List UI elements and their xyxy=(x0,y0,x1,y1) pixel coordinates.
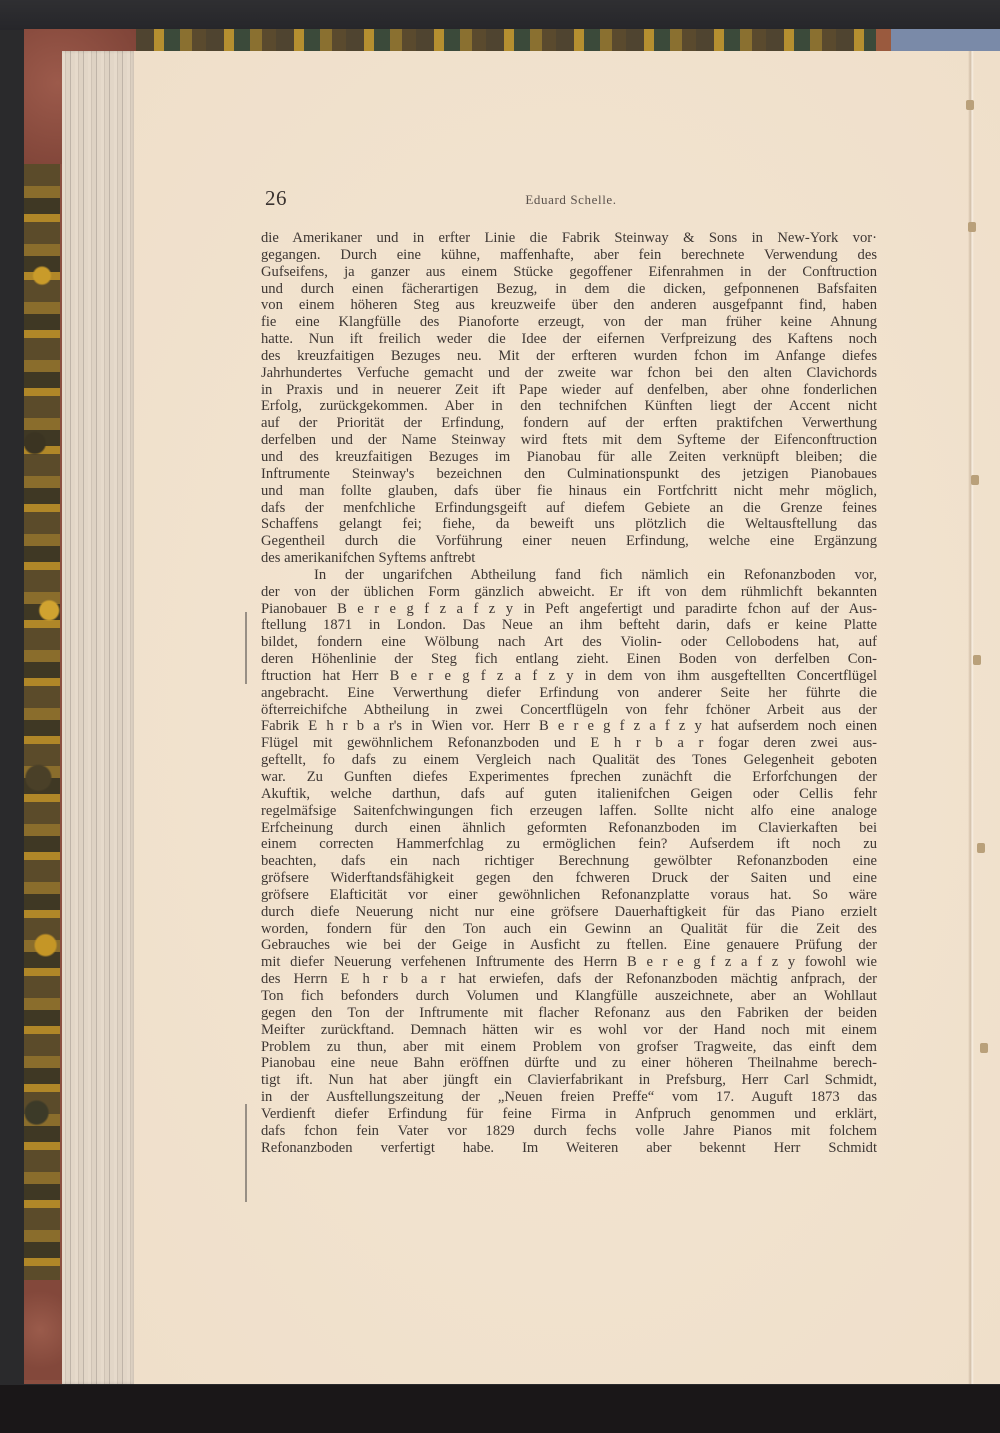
text-line: gröfsere Widerftandsfähigkeit gegen den … xyxy=(261,870,877,887)
binding-stitch xyxy=(966,100,974,110)
text-line: die Amerikaner und in erfter Linie die F… xyxy=(261,230,877,247)
text-line: auf der Priorität der Erfindung, fondern… xyxy=(261,415,877,432)
running-head: 26 Eduard Schelle. xyxy=(265,186,877,212)
text-line: gegangen. Durch eine kühne, maffenhafte,… xyxy=(261,247,877,264)
text-line: Gufseifens, ja ganzer aus einem Stücke g… xyxy=(261,264,877,281)
text-line: dafs fchon fein Vater vor 1829 durch fec… xyxy=(261,1123,877,1140)
text-line: und des kreuzfaitigen Bezuges im Pianoba… xyxy=(261,449,877,466)
text-line: angebracht. Eine Verwerthung diefer Erfi… xyxy=(261,685,877,702)
text-line: Inftrumente Steinway's bezeichnen den Cu… xyxy=(261,466,877,483)
text-line: Fabrik E h r b a r's in Wien vor. Herr B… xyxy=(261,718,877,735)
scan-background-top xyxy=(0,0,1000,30)
binding-stitch xyxy=(973,655,981,665)
cover-marbled-paper-top xyxy=(136,29,876,51)
text-line: Erfcheinung durch einen ähnlich geformte… xyxy=(261,820,877,837)
text-line: Gebrauches wie bei der Geige in Ausficht… xyxy=(261,937,877,954)
binding-stitch xyxy=(971,475,979,485)
page-gutter-fold xyxy=(968,51,974,1384)
pencil-margin-mark xyxy=(245,612,247,684)
text-line: Jahrhundertes Verfuche gemacht und der z… xyxy=(261,365,877,382)
text-line: Verdienft diefer Erfindung für feine Fir… xyxy=(261,1106,877,1123)
spine-headband xyxy=(876,29,1000,53)
scan-background-bottom xyxy=(0,1385,1000,1433)
text-line: und man follte glauben, dafs über fie hi… xyxy=(261,483,877,500)
text-line: deren Höhenlinie der Steg fich entlang z… xyxy=(261,651,877,668)
text-line: Flügel mit gewöhnlichem Refonanzboden un… xyxy=(261,735,877,752)
text-line: worden, fondern für den Ton auch ein Gew… xyxy=(261,921,877,938)
text-line: Pianobauer B e r e g f z a f z y in Peft… xyxy=(261,601,877,618)
text-line: des Herrn E h r b a r hat erwiefen, dafs… xyxy=(261,971,877,988)
text-line: tigt ift. Nun hat aber jüngft ein Clavie… xyxy=(261,1072,877,1089)
text-line: Pianobau eine neue Bahn eröffnen dürfte … xyxy=(261,1055,877,1072)
text-line-paragraph-end: des amerikanifchen Syftems anftrebt xyxy=(261,550,877,567)
text-line: geftellt, fo dafs zu einem Vergleich nac… xyxy=(261,752,877,769)
text-line: der von der üblichen Form gänzlich abwei… xyxy=(261,584,877,601)
text-line: Meifter zurückftand. Demnach hätten wir … xyxy=(261,1022,877,1039)
text-line: fie eine Klangfülle des Pianoforte erzeu… xyxy=(261,314,877,331)
text-line: bildet, fondern eine Wölbung nach Art de… xyxy=(261,634,877,651)
text-line: in Praxis und in neuerer Zeit ift Pape w… xyxy=(261,382,877,399)
text-line: gegen den Ton der Inftrumente mit flache… xyxy=(261,1005,877,1022)
text-line: war. Zu Gunften diefes Experimentes fpre… xyxy=(261,769,877,786)
text-line: ftellung 1871 in London. Das Neue an ihm… xyxy=(261,617,877,634)
text-line: ftruction hat Herr B e r e g f z a f z y… xyxy=(261,668,877,685)
text-line: einem correcten Hammerfchlag zu ermöglic… xyxy=(261,836,877,853)
body-text: die Amerikaner und in erfter Linie die F… xyxy=(261,230,877,1156)
text-line: beachten, dafs ein nach richtiger Berech… xyxy=(261,853,877,870)
text-line: gröfsere Elafticität vor einer gewöhnlic… xyxy=(261,887,877,904)
text-line: Erfolg, zurückgekommen. Aber in den tech… xyxy=(261,398,877,415)
text-line: derfelben und der Name Steinway wird fte… xyxy=(261,432,877,449)
text-line: des kreuzfaitigen Bezuges neu. Mit der e… xyxy=(261,348,877,365)
text-line: regelmäfsige Saitenfchwingungen fich erz… xyxy=(261,803,877,820)
text-line: Refonanzboden verfertigt habe. Im Weiter… xyxy=(261,1140,877,1157)
cover-marbled-paper-left xyxy=(24,164,60,1280)
running-head-title: Eduard Schelle. xyxy=(265,192,877,208)
text-line-paragraph-start: In der ungarifchen Abtheilung fand fich … xyxy=(261,567,877,584)
cover-leather-corner-bottom xyxy=(24,1280,64,1380)
text-line: Ton fich befonders durch Volumen und Kla… xyxy=(261,988,877,1005)
binding-stitch xyxy=(977,843,985,853)
text-line: Schaffens gelangt fei; fiehe, da beweift… xyxy=(261,516,877,533)
text-line: mit diefer Neuerung verfehenen Inftrumen… xyxy=(261,954,877,971)
text-line: und durch einen fächerartigen Bezug, in … xyxy=(261,281,877,298)
text-line: dafs der menfchliche Erfindungsgeift auf… xyxy=(261,500,877,517)
pencil-margin-mark xyxy=(245,1104,247,1202)
text-line: öfterreichifche Abtheilung in zwei Conce… xyxy=(261,702,877,719)
text-line: Problem zu thun, aber mit einem Problem … xyxy=(261,1039,877,1056)
binding-stitch xyxy=(968,222,976,232)
text-line: durch diefe Neuerung nicht nur eine gröf… xyxy=(261,904,877,921)
text-line: in der Ausftellungszeitung der „Neuen fr… xyxy=(261,1089,877,1106)
binding-stitch xyxy=(980,1043,988,1053)
text-line: Gegentheil durch die Vorführung einer ne… xyxy=(261,533,877,550)
text-line: von einem höheren Steg aus kreuzweife üb… xyxy=(261,297,877,314)
text-line: hatte. Nun ift freilich weder die Idee d… xyxy=(261,331,877,348)
text-line: Akuftik, welche darthun, dafs auf guten … xyxy=(261,786,877,803)
page-block-edges xyxy=(62,51,136,1384)
